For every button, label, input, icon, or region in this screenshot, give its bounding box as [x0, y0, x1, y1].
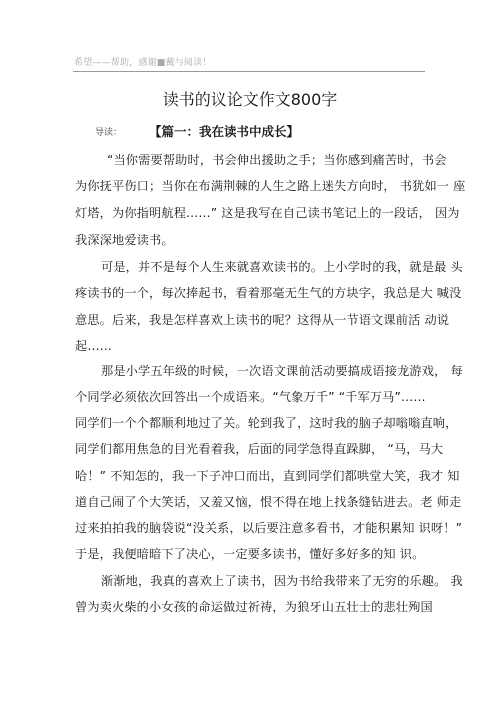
page-header-text: 希望——帮助，感谢■戴与阅读！ — [74, 55, 212, 68]
document-title: 读书的议论文作文800字 — [0, 87, 500, 110]
body-line: 道自己闹了个大笑话，又羞又恼，恨不得在地上找条缝钻进去。老 师走 — [75, 493, 462, 510]
section-title: 【篇一：我在读书中成长】 — [149, 122, 299, 140]
body-line: 我深深地爱读书。 — [75, 231, 174, 248]
body-line: 灯塔，为你指明航程……” 这是我写在自己读书笔记上的一段话， 因为 — [75, 204, 460, 221]
body-line: 可是，并不是每个人生来就喜欢读书的。上小学时的我，就是最 头 — [101, 258, 463, 275]
body-line: 哈！” 不知怎的，我一下子冲口而出，直到同学们都哄堂大笑，我才 知 — [75, 467, 460, 484]
body-line: 同学们都用焦急的目光看着我，后面的同学急得直跺脚， “马，马大 — [75, 440, 443, 457]
guide-label: 导读： — [95, 125, 122, 138]
body-line: “当你需要帮助时，书会伸出援助之手；当你感到痛苦时，书会 — [107, 151, 447, 168]
body-line: 于是，我便暗暗下了决心，一定要多读书，懂好多好多的知 识。 — [75, 545, 424, 562]
body-line: 过来拍拍我的脑袋说“没关系，以后要注意多看书，才能积累知 识呀！” — [75, 519, 462, 536]
body-line: 曾为卖火柴的小女孩的命运做过祈祷，为狼牙山五壮士的悲壮殉国 — [75, 598, 433, 615]
body-line: 同学们一个个都顺利地过了关。轮到我了，这时我的脑子却嗡嗡直响， — [75, 414, 457, 431]
body-line: 个同学必须依次回答出一个成语来。“气象万千” “千军万马”…… — [75, 388, 426, 405]
body-line: 那是小学五年级的时候，一次语文课前活动要搞成语接龙游戏， 每 — [101, 362, 463, 379]
body-line: 为你抚平伤口；当你在布满荆棘的人生之路上迷失方向时， 书犹如一 座 — [75, 177, 466, 194]
body-line: 疼读书的一个，每次捧起书，看着那毫无生气的方块字，我总是大 喊没 — [75, 284, 462, 301]
body-line: 渐渐地，我真的喜欢上了读书，因为书给我带来了无穷的乐趣。 我 — [101, 572, 463, 589]
header-divider — [73, 71, 425, 72]
body-line: 意思。后来，我是怎样喜欢上读书的呢？这得从一节语文课前活 动说 — [75, 311, 449, 328]
body-line: 起…… — [75, 337, 112, 354]
